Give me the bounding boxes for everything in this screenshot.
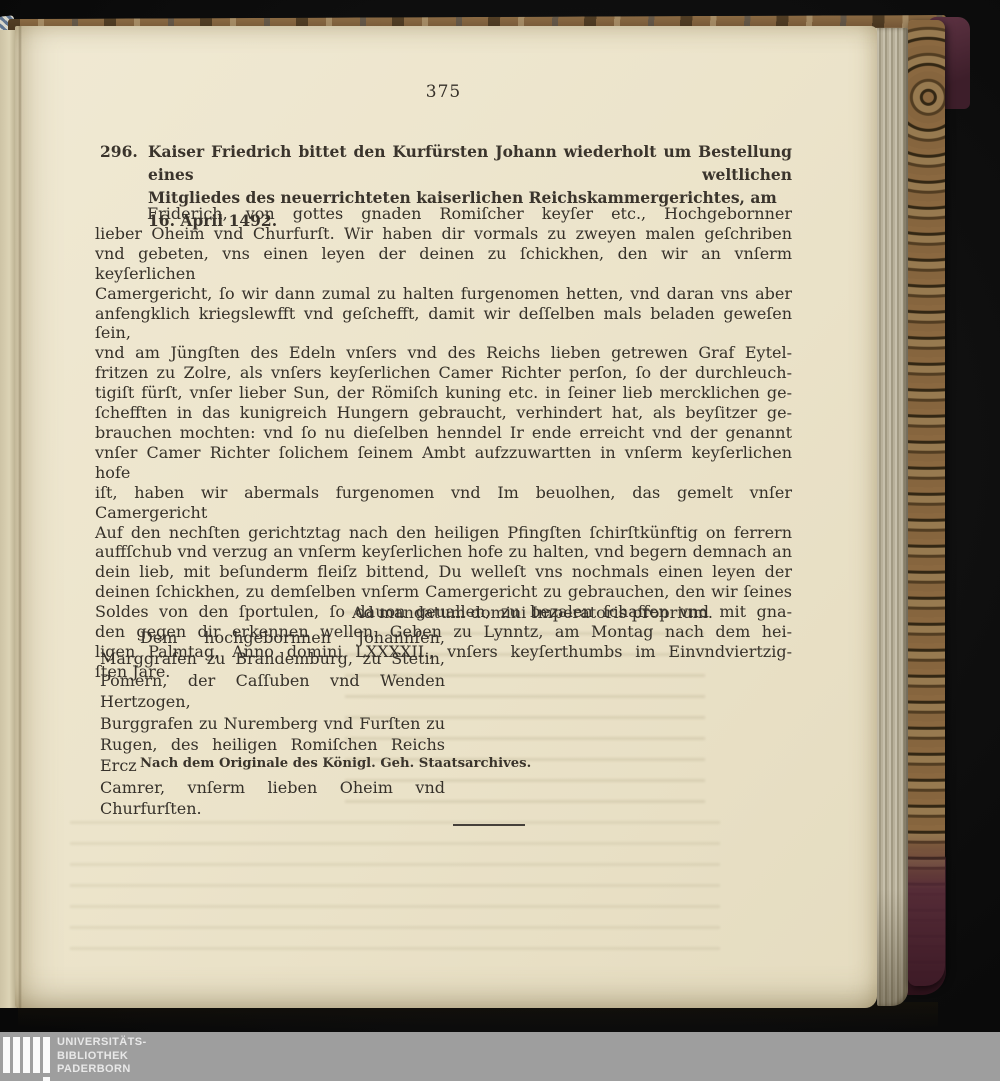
document-number: 296. (100, 140, 138, 163)
library-name: UNIVERSITÄTS-BIBLIOTHEKPADERBORN (57, 1036, 147, 1077)
letter-body-line: dein lieb, mit beſunderm fleiſz bittend,… (95, 562, 792, 582)
logo-bar (3, 1037, 10, 1073)
letter-body-line: Camergericht, ſo wir dann zumal zu halte… (95, 284, 792, 304)
letter-body-line: Friderich, von gottes gnaden Romiſcher k… (95, 204, 792, 224)
section-end-rule (453, 824, 525, 826)
book-scan-photo: 375 296. Kaiser Friedrich bittet den Kur… (0, 0, 1000, 1081)
page-crease (18, 26, 22, 1008)
letter-body-line: vnſer Camer Richter ſolichem ſeinem Ambt… (95, 443, 792, 483)
logo-dot (43, 1077, 50, 1081)
letter-body-line: Auf den nechſten gerichtztag nach den he… (95, 523, 792, 543)
library-logo-icon (3, 1037, 55, 1079)
letter-body-line: brauchen mochten: vnd ſo nu dieſelben he… (95, 423, 792, 443)
library-name-line: BIBLIOTHEK (57, 1050, 147, 1064)
logo-bar (43, 1037, 50, 1073)
letter-body-line: auffſchub vnd verzug an vnſerm keyſerlic… (95, 542, 792, 562)
logo-bar (13, 1037, 20, 1073)
letter-body-line: vnd gebeten, vns einen leyen der deinen … (95, 244, 792, 284)
letter-body-line: tigiſt fürſt, vnſer lieber Sun, der Römi… (95, 383, 792, 403)
book-page: 375 296. Kaiser Friedrich bittet den Kur… (15, 26, 877, 1008)
letter-body-line: iſt, haben wir abermals furgenomen vnd I… (95, 483, 792, 523)
mandatum-line: Ad mandatum domini Imperatoris proprium. (352, 603, 713, 622)
letter-body-line: deinen ſchickhen, zu demſelben vnſerm Ca… (95, 582, 792, 602)
letter-body-line: lieber Oheim vnd Churfurſt. Wir haben di… (95, 224, 792, 244)
logo-bar (23, 1037, 30, 1073)
address-line: Camrer, vnſerm lieben Oheim vnd Churfurſ… (100, 777, 445, 820)
address-line: Dem hochgebornnen Johannſen, (100, 627, 445, 648)
address-line: Burggrafen zu Nuremberg vnd Furſten zu (100, 713, 445, 734)
library-name-line: UNIVERSITÄTS- (57, 1036, 147, 1050)
address-block: Dem hochgebornnen Johannſen,Marggrafen z… (100, 627, 445, 820)
library-name-line: PADERBORN (57, 1063, 147, 1077)
letter-body-line: anfengklich kriegslewfft vnd geſchefft, … (95, 304, 792, 344)
scanner-footer-bar: UNIVERSITÄTS-BIBLIOTHEKPADERBORN (0, 1032, 1000, 1081)
letter-body-line: ſchefften in das kunigreich Hungern gebr… (95, 403, 792, 423)
page-edge-stack (877, 28, 908, 1006)
letter-body-line: vnd am Jüngſten des Edeln vnſers vnd des… (95, 343, 792, 363)
address-line: Pomern, der Caſſuben vnd Wenden Hertzoge… (100, 670, 445, 713)
marbled-fore-edge (908, 20, 945, 986)
address-line: Marggrafen zu Brandemburg, zu Stetin, (100, 648, 445, 669)
page-number: 375 (95, 82, 792, 102)
heading-line: Kaiser Friedrich bittet den Kurfürsten J… (148, 140, 792, 186)
source-note: Nach dem Originale des Königl. Geh. Staa… (140, 756, 531, 771)
ink-bleed-through (70, 821, 720, 956)
letter-body-line: fritzen zu Zolre, als vnſers keyſerliche… (95, 363, 792, 383)
logo-bar (33, 1037, 40, 1073)
